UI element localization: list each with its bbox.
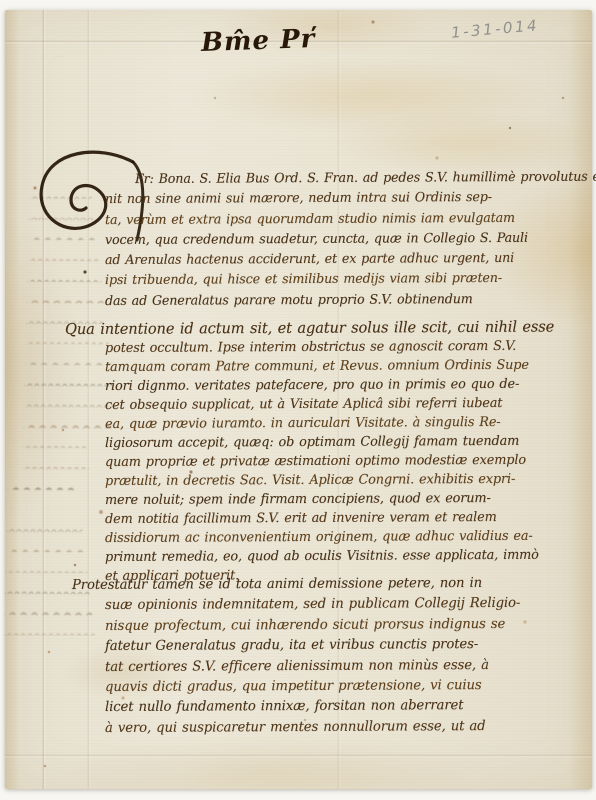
manuscript-line: suæ opinionis indemnitatem, sed in publi…	[105, 593, 577, 616]
letter-paragraph-1: Fr: Bona. S. Elia Bus Ord. S. Fran. ad p…	[105, 170, 591, 312]
bleedthrough-row	[6, 531, 87, 552]
manuscript-line: das ad Generalatus parare motu proprio S…	[105, 289, 577, 312]
bleedthrough-row	[28, 240, 101, 261]
manuscript-line: tamquam coram Patre communi, et Revus. o…	[105, 356, 577, 377]
bleedthrough-row	[4, 594, 94, 615]
bleedthrough-row	[23, 427, 89, 448]
horizontal-fold-crease	[5, 754, 592, 758]
manuscript-line: à vero, qui suspicaretur mentes nonnullo…	[105, 715, 577, 738]
bleedthrough-row	[22, 448, 91, 469]
manuscript-line: potest occultum. Ipse interim obstrictus…	[105, 337, 577, 358]
bleedthrough-row	[27, 261, 103, 282]
manuscript-line: nit non sine animi sui mærore, nedum int…	[105, 188, 577, 211]
manuscript-line: nisque profectum, cui inhærendo sicuti p…	[105, 613, 577, 636]
bleedthrough-row	[25, 344, 113, 365]
bleedthrough-row	[24, 365, 115, 386]
salutation-heading: Bm̂e Pr̕	[201, 24, 316, 58]
bleedthrough-row	[28, 219, 98, 240]
manuscript-line: quam propriæ et privatæ æstimationi opti…	[105, 451, 577, 472]
bleedthrough-row	[29, 178, 93, 199]
manuscript-line: dem notitia facillimum S.V. erit ad inve…	[105, 508, 577, 529]
scanned-document-view: { "page": { "archival_number": "1-31-014…	[0, 0, 596, 800]
bleedthrough-row	[3, 635, 99, 656]
bleedthrough-row	[7, 490, 82, 511]
letter-paragraph-3: Protestatur tamen se id tota animi demis…	[105, 575, 591, 738]
letter-paragraph-2: Qua intentione id actum sit, et agatur s…	[105, 320, 591, 586]
manuscript-line: ligiosorum accepit, quæq: ob optimam Col…	[105, 432, 577, 453]
manuscript-line: vocem, qua credendum suadetur, cuncta, q…	[105, 228, 577, 251]
vertical-fold-crease	[87, 10, 91, 789]
bleedthrough-row	[27, 282, 106, 303]
manuscript-line: licet nullo fundamento innixæ, forsitan …	[105, 695, 577, 718]
manuscript-line: cet obsequio supplicat, ut à Visitate Ap…	[105, 394, 577, 415]
manuscript-line: mere noluit; spem inde firmam concipiens…	[105, 489, 577, 510]
letter-page: Bm̂e Pr̕ 1-31-014 Fr: Bona. S. Elia Bus …	[5, 10, 592, 789]
bleedthrough-row	[4, 614, 97, 635]
manuscript-line: fatetur Generalatus gradu, ita et viribu…	[105, 634, 577, 657]
bleedthrough-row	[24, 386, 118, 407]
bleedthrough-row	[29, 199, 96, 220]
manuscript-line: ea, quæ prævio iuramto. in auriculari Vi…	[105, 413, 577, 434]
bleedthrough-row	[6, 510, 84, 531]
manuscript-line: riori dignmo. veritates patefacere, pro …	[105, 375, 577, 396]
archival-number-pencil: 1-31-014	[450, 16, 539, 42]
manuscript-line: ta, verùm et extra ipsa quorumdam studio…	[105, 208, 577, 231]
manuscript-line: ipsi tribuenda, qui hisce et similibus m…	[105, 269, 577, 292]
manuscript-line: tat certiores S.V. efficere alienissimum…	[105, 654, 577, 677]
manuscript-line: primunt remedia, eo, quod ab oculis Visi…	[105, 546, 577, 567]
manuscript-line: Qua intentione id actum sit, et agatur s…	[65, 317, 575, 339]
manuscript-line: prætulit, in decretis Sac. Visit. Aplicæ…	[105, 470, 577, 491]
bleedthrough-row	[5, 552, 89, 573]
vertical-fold-crease	[42, 10, 46, 789]
manuscript-line: dissidiorum ac inconvenientium originem,…	[105, 527, 577, 548]
bleedthrough-row	[8, 469, 80, 490]
